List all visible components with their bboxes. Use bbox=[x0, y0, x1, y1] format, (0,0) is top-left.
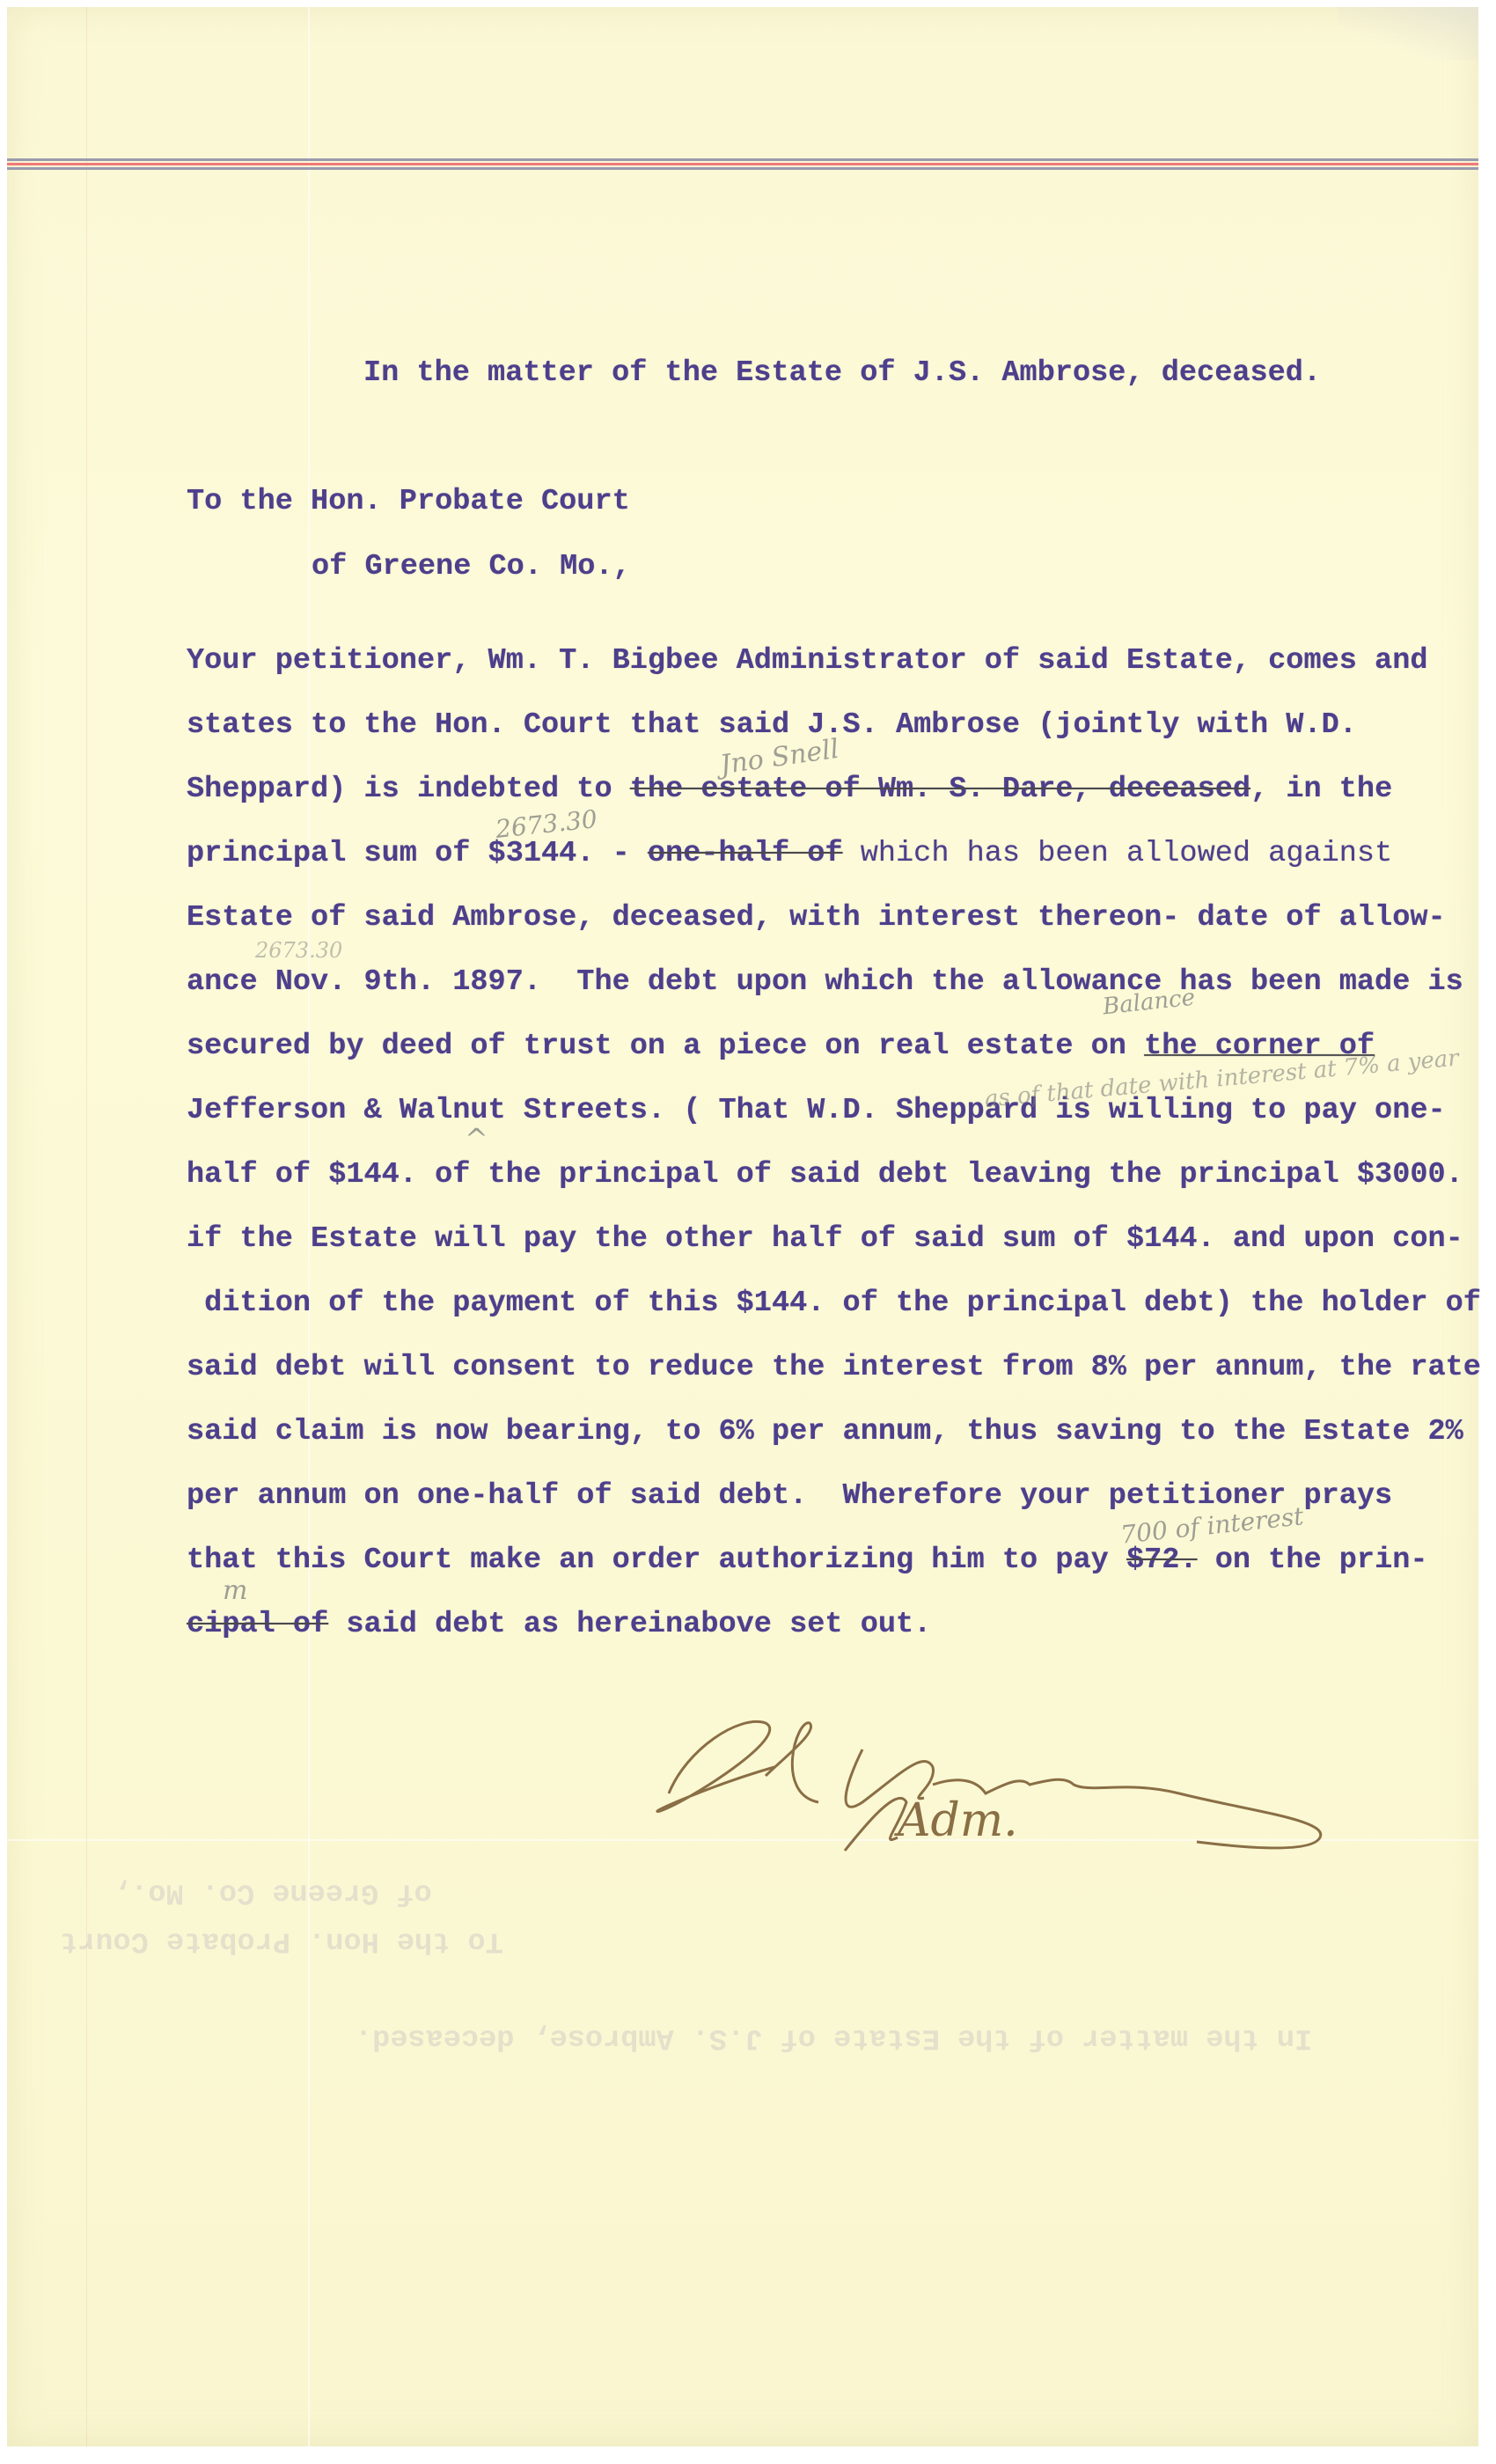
body-text-light: which has been allowed against bbox=[843, 837, 1393, 870]
bleed-through-line: In the matter of the Estate of J.S. Ambr… bbox=[355, 2022, 1312, 2052]
address-line-1: To the Hon. Probate Court bbox=[187, 488, 630, 517]
body-line-3: Sheppard) is indebted to the estate of W… bbox=[187, 775, 1392, 805]
struck-text: one-half of bbox=[648, 837, 843, 870]
struck-text: cipal of bbox=[187, 1608, 328, 1641]
body-line-16: cipal of said debt as hereinabove set ou… bbox=[187, 1610, 931, 1640]
insert-caret-mark: ^ bbox=[465, 1125, 488, 1153]
body-line-11: dition of the payment of this $144. of t… bbox=[187, 1289, 1481, 1319]
bleed-through-line: To the Hon. Probate Court bbox=[60, 1925, 503, 1955]
body-text: Sheppard) is indebted to bbox=[187, 773, 630, 806]
signature-flourish-icon bbox=[634, 1697, 1426, 1864]
body-line-9: half of $144. of the principal of said d… bbox=[187, 1161, 1463, 1191]
body-text: said claim is now bearing, to 6% per ann… bbox=[187, 1415, 1463, 1448]
body-line-15: that this Court make an order authorizin… bbox=[187, 1546, 1428, 1576]
body-line-4: principal sum of $3144. - one-half of wh… bbox=[187, 840, 1392, 869]
body-line-2: states to the Hon. Court that said J.S. … bbox=[187, 711, 1357, 741]
body-text: Jefferson & Walnut Streets. ( That W.D. … bbox=[187, 1094, 1446, 1127]
signature-block: Adm. bbox=[634, 1697, 1426, 1864]
body-text: dition of the payment of this $144. of t… bbox=[187, 1287, 1481, 1320]
body-line-12: said debt will consent to reduce the int… bbox=[187, 1353, 1481, 1383]
body-line-13: said claim is now bearing, to 6% per ann… bbox=[187, 1418, 1463, 1448]
body-text: secured by deed of trust on a piece on r… bbox=[187, 1030, 1144, 1063]
body-text: that this Court make an order authorizin… bbox=[187, 1544, 1126, 1577]
body-text: if the Estate will pay the other half of… bbox=[187, 1222, 1463, 1256]
body-line-6: ance Nov. 9th. 1897. The debt upon which… bbox=[187, 968, 1463, 998]
body-text: Your petitioner, Wm. T. Bigbee Administr… bbox=[187, 644, 1428, 678]
body-line-14: per annum on one-half of said debt. Wher… bbox=[187, 1482, 1392, 1512]
body-text: said debt will consent to reduce the int… bbox=[187, 1351, 1481, 1384]
bleed-through-line: of Greene Co. Mo., bbox=[113, 1877, 432, 1907]
margin-line bbox=[86, 7, 87, 2446]
body-text: ance Nov. 9th. 1897. The debt upon which… bbox=[187, 965, 1463, 999]
signature-title: Adm. bbox=[898, 1798, 1018, 1844]
header-rule-gray-bottom bbox=[7, 167, 1478, 170]
document-title: In the matter of the Estate of J.S. Ambr… bbox=[363, 359, 1321, 389]
body-text: principal sum of $3144. - bbox=[187, 837, 648, 870]
body-text: , in the bbox=[1250, 773, 1392, 806]
corner-crease bbox=[1338, 7, 1478, 60]
pencil-note: m bbox=[223, 1578, 247, 1604]
body-line-5: Estate of said Ambrose, deceased, with i… bbox=[187, 904, 1446, 934]
body-text: on the prin- bbox=[1198, 1544, 1428, 1577]
header-rule-red bbox=[7, 163, 1478, 165]
body-text: per annum on one-half of said debt. Wher… bbox=[187, 1479, 1392, 1513]
document-page: of Greene Co. Mo., To the Hon. Probate C… bbox=[7, 7, 1478, 2446]
pencil-note: 2673.30 bbox=[255, 940, 342, 961]
body-line-1: Your petitioner, Wm. T. Bigbee Administr… bbox=[187, 647, 1428, 677]
body-line-7: secured by deed of trust on a piece on r… bbox=[187, 1032, 1375, 1062]
body-line-8: Jefferson & Walnut Streets. ( That W.D. … bbox=[187, 1096, 1446, 1126]
body-text: half of $144. of the principal of said d… bbox=[187, 1158, 1463, 1192]
body-text: states to the Hon. Court that said J.S. … bbox=[187, 708, 1357, 742]
body-line-10: if the Estate will pay the other half of… bbox=[187, 1225, 1463, 1255]
header-rule-gray-top bbox=[7, 158, 1478, 161]
body-text: said debt as hereinabove set out. bbox=[328, 1608, 931, 1641]
struck-text: $72. bbox=[1126, 1544, 1198, 1577]
body-text: Estate of said Ambrose, deceased, with i… bbox=[187, 901, 1446, 935]
address-line-2: of Greene Co. Mo., bbox=[312, 553, 631, 583]
